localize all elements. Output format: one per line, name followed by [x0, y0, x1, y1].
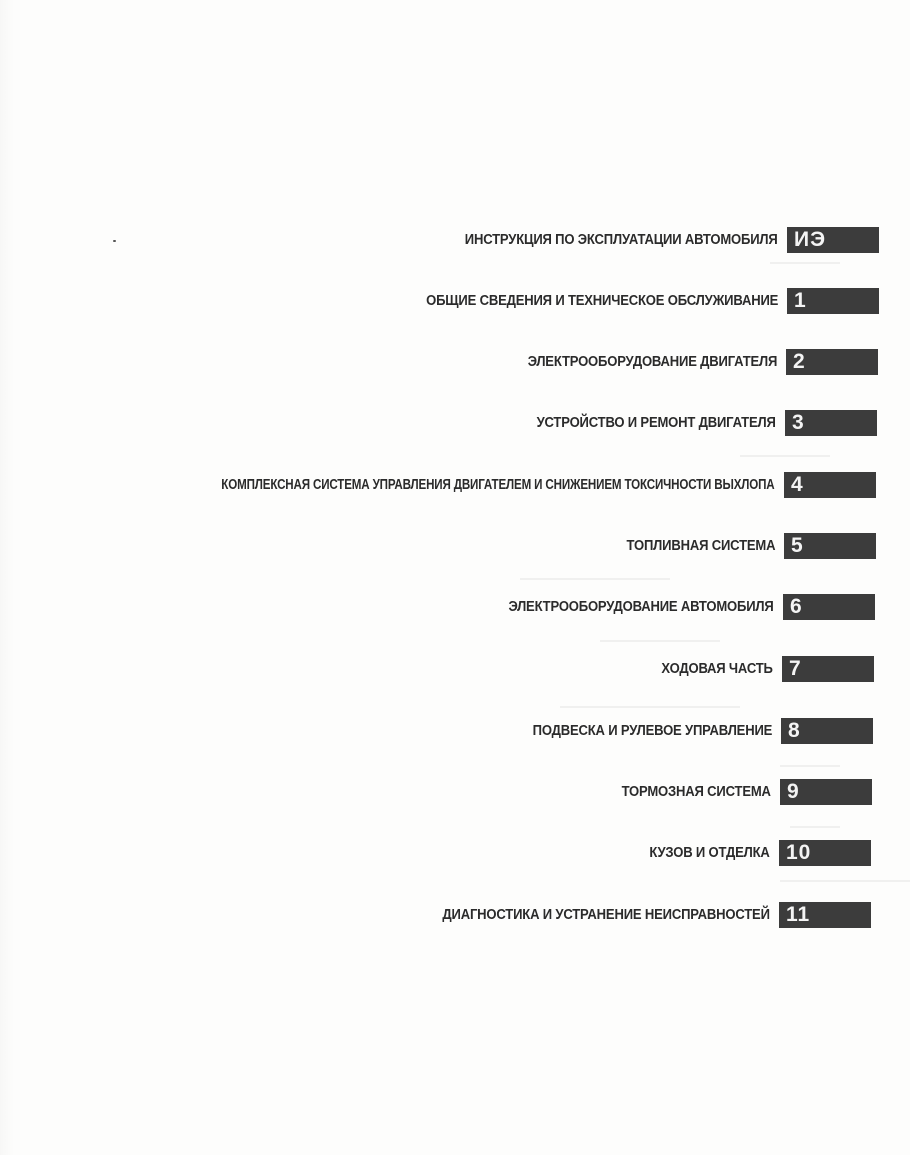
- section-row-10[interactable]: КУЗОВ И ОТДЕЛКА 10: [11, 840, 871, 866]
- bleed-through-line: [600, 640, 720, 642]
- section-row-8[interactable]: ПОДВЕСКА И РУЛЕВОЕ УПРАВЛЕНИЕ 8: [13, 718, 873, 744]
- bleed-through-line: [560, 706, 740, 708]
- bleed-through-line: [770, 262, 840, 264]
- bleed-through-line: [780, 765, 840, 767]
- section-tab[interactable]: 1: [787, 288, 879, 314]
- section-title: ПОДВЕСКА И РУЛЕВОЕ УПРАВЛЕНИЕ: [532, 723, 772, 739]
- section-tab[interactable]: 6: [783, 594, 875, 620]
- section-title: ЭЛЕКТРООБОРУДОВАНИЕ АВТОМОБИЛЯ: [509, 599, 774, 615]
- section-title: ОБЩИЕ СВЕДЕНИЯ И ТЕХНИЧЕСКОЕ ОБСЛУЖИВАНИ…: [426, 293, 778, 309]
- section-title: УСТРОЙСТВО И РЕМОНТ ДВИГАТЕЛЯ: [537, 415, 776, 431]
- section-row-11[interactable]: ДИАГНОСТИКА И УСТРАНЕНИЕ НЕИСПРАВНОСТЕЙ …: [11, 902, 871, 928]
- section-row-1[interactable]: ОБЩИЕ СВЕДЕНИЯ И ТЕХНИЧЕСКОЕ ОБСЛУЖИВАНИ…: [19, 288, 879, 314]
- section-tab[interactable]: 11: [779, 902, 871, 928]
- section-title: ТОПЛИВНАЯ СИСТЕМА: [626, 538, 775, 554]
- section-tab[interactable]: 9: [780, 779, 872, 805]
- section-tab[interactable]: 5: [784, 533, 876, 559]
- section-tab[interactable]: 7: [782, 656, 874, 682]
- section-row-7[interactable]: ХОДОВАЯ ЧАСТЬ 7: [14, 656, 874, 682]
- section-title: ХОДОВАЯ ЧАСТЬ: [662, 661, 773, 677]
- section-row-6[interactable]: ЭЛЕКТРООБОРУДОВАНИЕ АВТОМОБИЛЯ 6: [15, 594, 875, 620]
- section-title: ЭЛЕКТРООБОРУДОВАНИЕ ДВИГАТЕЛЯ: [528, 354, 777, 370]
- bleed-through-line: [520, 578, 670, 580]
- bleed-through-line: [740, 455, 830, 457]
- scanned-page: ИНСТРУКЦИЯ ПО ЭКСПЛУАТАЦИИ АВТОМОБИЛЯ ИЭ…: [0, 0, 910, 1155]
- section-tab[interactable]: ИЭ: [787, 227, 879, 253]
- section-tab[interactable]: 10: [779, 840, 871, 866]
- section-row-4[interactable]: КОМПЛЕКСНАЯ СИСТЕМА УПРАВЛЕНИЯ ДВИГАТЕЛЕ…: [16, 472, 876, 498]
- section-row-2[interactable]: ЭЛЕКТРООБОРУДОВАНИЕ ДВИГАТЕЛЯ 2: [18, 349, 878, 375]
- section-title: КУЗОВ И ОТДЕЛКА: [650, 845, 770, 861]
- section-title: ТОРМОЗНАЯ СИСТЕМА: [622, 784, 771, 800]
- section-tab[interactable]: 8: [781, 718, 873, 744]
- section-row-9[interactable]: ТОРМОЗНАЯ СИСТЕМА 9: [12, 779, 872, 805]
- section-tab[interactable]: 3: [785, 410, 877, 436]
- bleed-through-line: [780, 880, 910, 882]
- section-title: ИНСТРУКЦИЯ ПО ЭКСПЛУАТАЦИИ АВТОМОБИЛЯ: [465, 232, 778, 248]
- section-tab[interactable]: 4: [784, 472, 876, 498]
- section-tab[interactable]: 2: [786, 349, 878, 375]
- section-title: КОМПЛЕКСНАЯ СИСТЕМА УПРАВЛЕНИЯ ДВИГАТЕЛЕ…: [222, 477, 775, 493]
- section-row-3[interactable]: УСТРОЙСТВО И РЕМОНТ ДВИГАТЕЛЯ 3: [17, 410, 877, 436]
- section-title: ДИАГНОСТИКА И УСТРАНЕНИЕ НЕИСПРАВНОСТЕЙ: [443, 907, 770, 923]
- section-row-ie[interactable]: ИНСТРУКЦИЯ ПО ЭКСПЛУАТАЦИИ АВТОМОБИЛЯ ИЭ: [19, 227, 879, 253]
- bleed-through-line: [790, 826, 840, 828]
- section-row-5[interactable]: ТОПЛИВНАЯ СИСТЕМА 5: [16, 533, 876, 559]
